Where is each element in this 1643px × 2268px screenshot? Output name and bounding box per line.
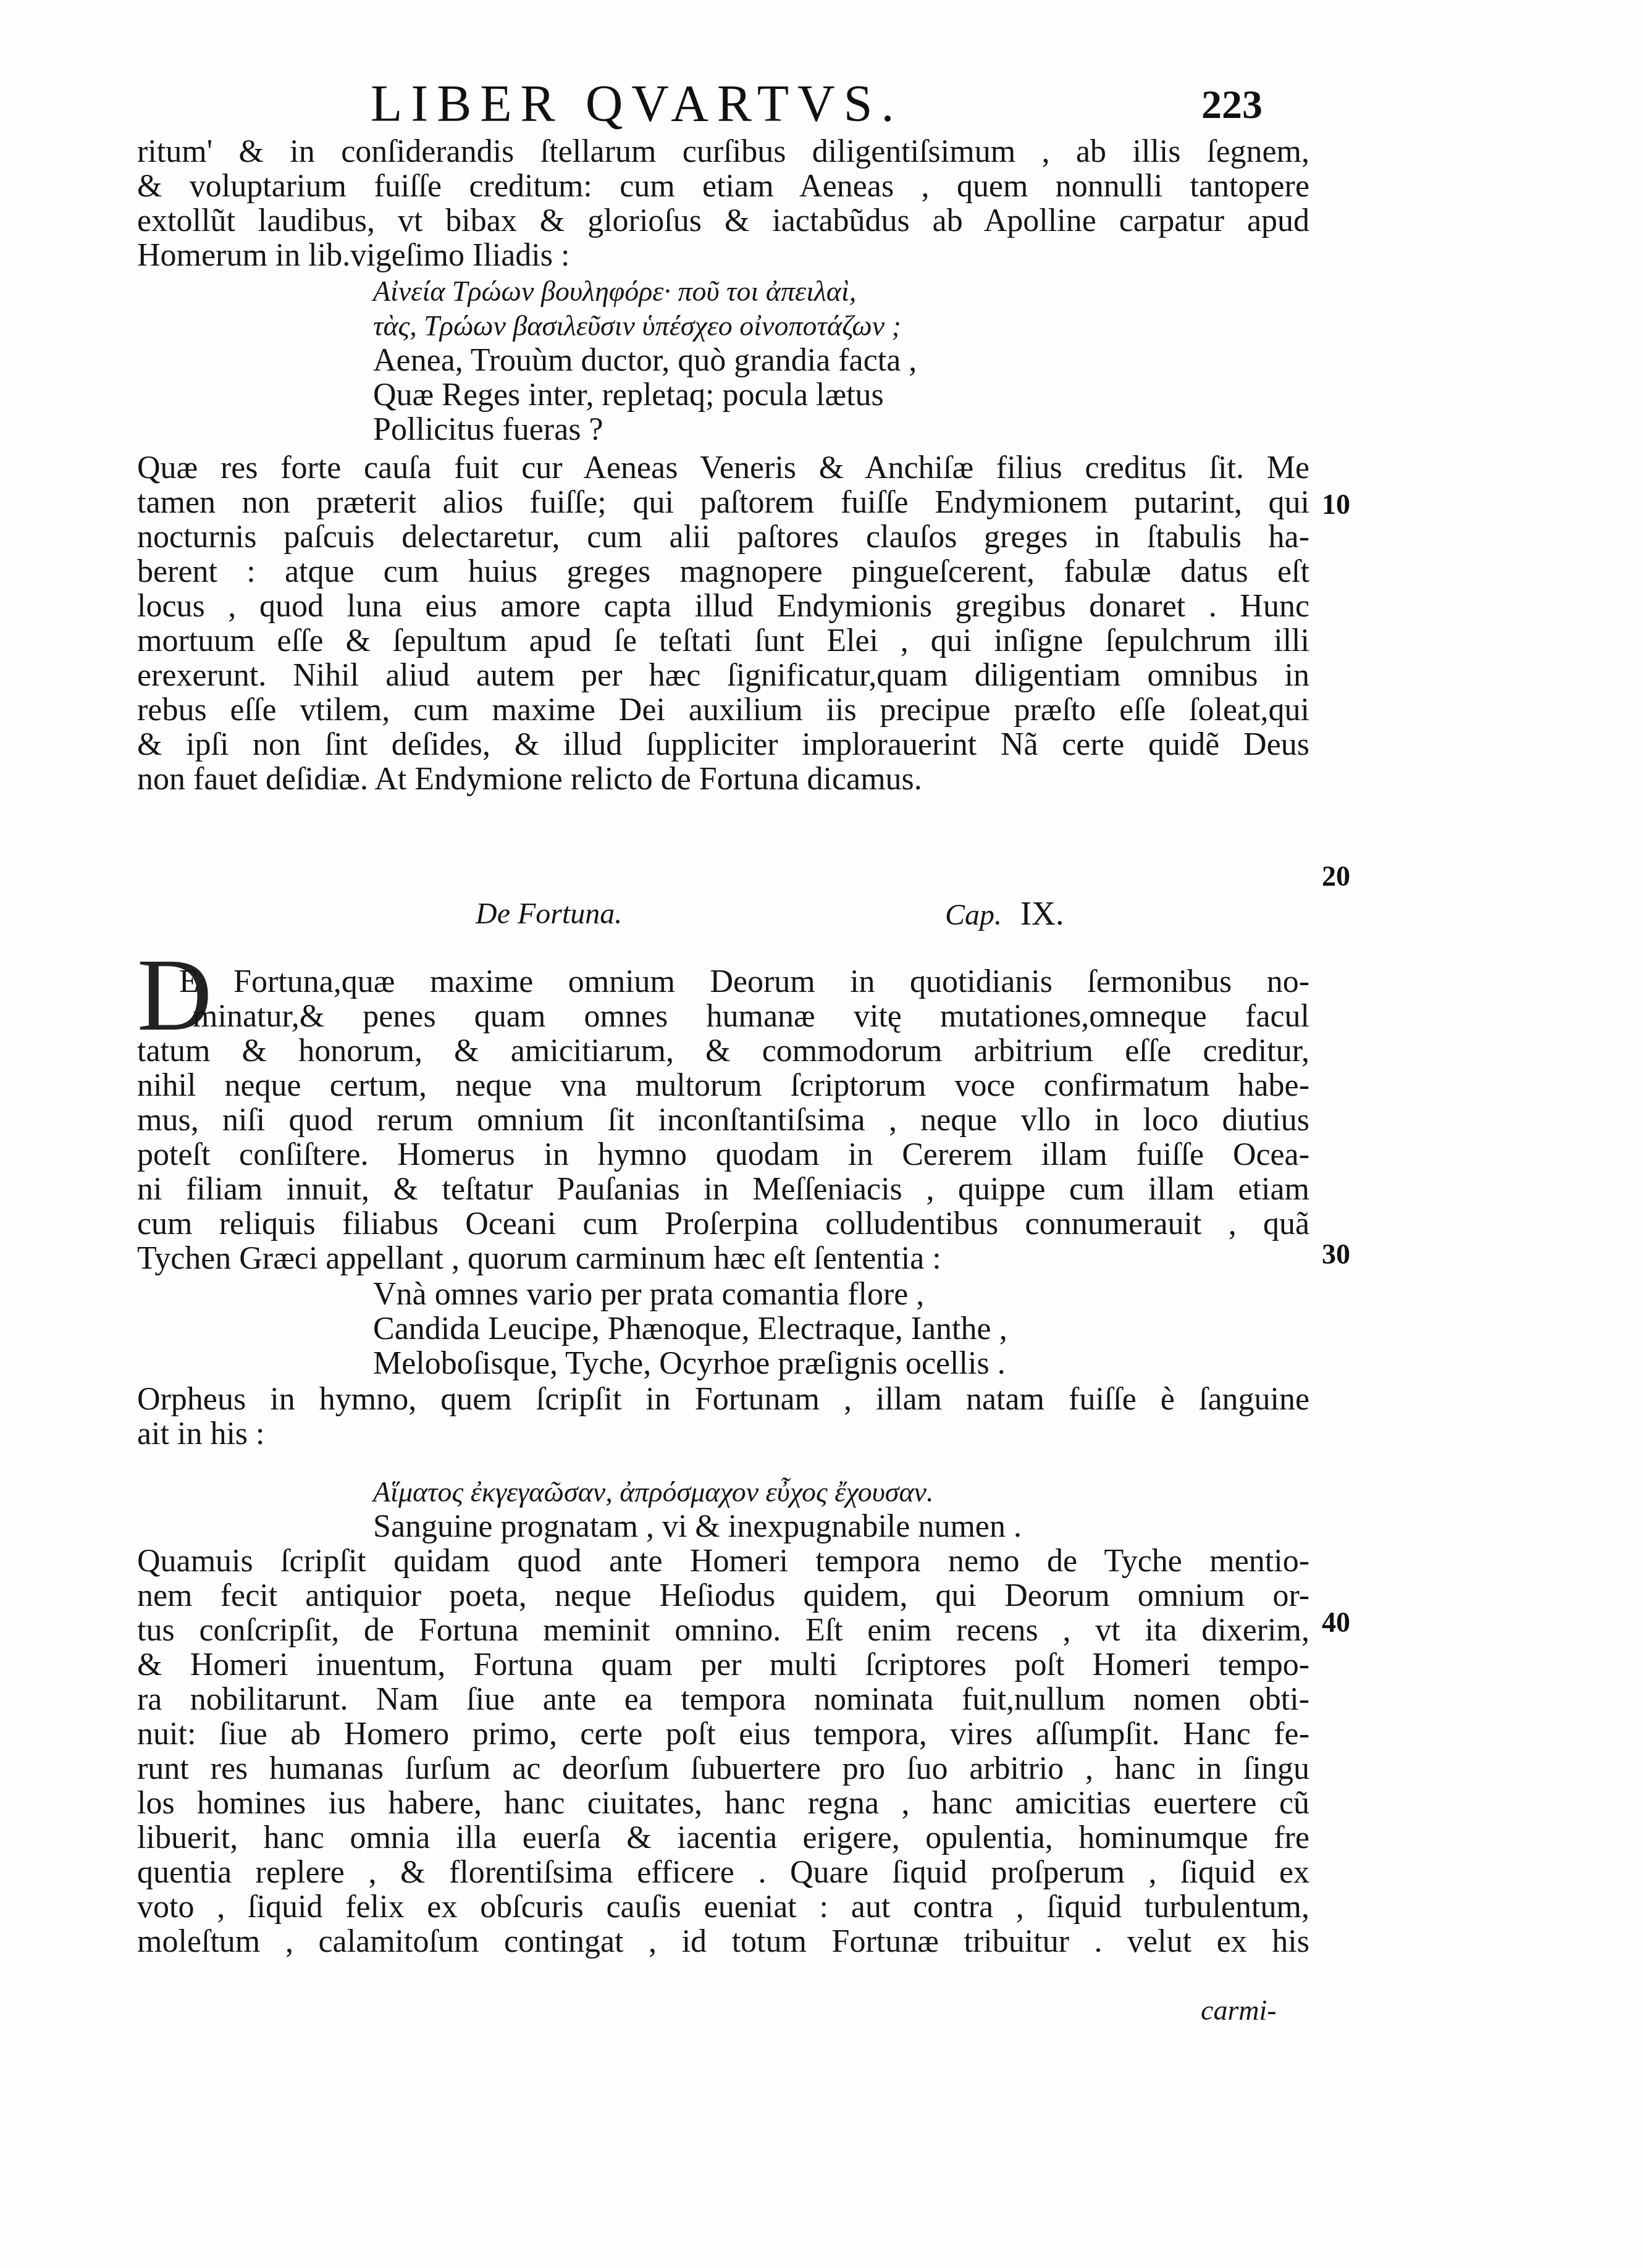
text-line: Tychen Græci appellant , quorum carminum… xyxy=(137,1241,1309,1276)
text-line: voto , ſiquid felix ex obſcuris cauſis e… xyxy=(137,1890,1309,1925)
margin-line-number: 30 xyxy=(1322,1238,1350,1270)
latin-verse: Meloboſisque, Tyche, Ocyrhoe præſignis o… xyxy=(373,1346,1006,1381)
text-line: rebus eſſe vtilem, cum maxime Dei auxili… xyxy=(137,693,1309,728)
text-line: libuerit, hanc omnia illa euerſa & iacen… xyxy=(137,1821,1309,1855)
chapter-roman-numeral: IX. xyxy=(1020,895,1064,932)
margin-line-number: 20 xyxy=(1322,860,1350,892)
text-line: minatur,& penes quam omnes humanæ vitę m… xyxy=(193,999,1309,1034)
text-line: quentia replere , & florentiſsima effice… xyxy=(137,1855,1309,1890)
text-line: E Fortuna,quæ maxime omnium Deorum in qu… xyxy=(179,965,1309,999)
text-line: nocturnis paſcuis delectaretur, cum alii… xyxy=(137,520,1309,555)
latin-verse: Quæ Reges inter, repletaq; pocula lætus xyxy=(373,378,884,413)
margin-line-number: 40 xyxy=(1322,1606,1350,1639)
text-line: cum reliquis filiabus Oceani cum Proſerp… xyxy=(137,1207,1309,1241)
text-line: tatum & honorum, & amicitiarum, & commod… xyxy=(137,1034,1309,1069)
latin-verse: Aenea, Trouùm ductor, quò grandia facta … xyxy=(373,343,917,378)
text-line: nuit: ſiue ab Homero primo, certe poſt e… xyxy=(137,1717,1309,1752)
text-line: nem fecit antiquior poeta, neque Heſiodu… xyxy=(137,1579,1309,1613)
text-line: ni filiam innuit, & teſtatur Pauſanias i… xyxy=(137,1172,1309,1207)
text-line: ritum' & in conſiderandis ſtellarum curſ… xyxy=(137,135,1309,169)
text-line: & Homeri inuentum, Fortuna quam per mult… xyxy=(137,1648,1309,1682)
text-line: & ipſi non ſint deſides, & illud ſupplic… xyxy=(137,728,1309,762)
text-line: moleſtum , calamitoſum contingat , id to… xyxy=(137,1925,1309,1959)
text-line: los homines ius habere, hanc ciuitates, … xyxy=(137,1786,1309,1821)
greek-verse: τὰς, Τρώων βασιλεῦσιν ὑπέσχεο οἰνοποτάζω… xyxy=(373,309,901,343)
latin-verse: Candida Leucipe, Phænoque, Electraque, I… xyxy=(373,1312,1007,1346)
text-line: tamen non præterit alios fuiſſe; qui paſ… xyxy=(137,485,1309,520)
text-line: erexerunt. Nihil aliud autem per hæc ſig… xyxy=(137,658,1309,693)
text-line: Homerum in lib.vigeſimo Iliadis : xyxy=(137,238,1309,273)
text-line: poteſt conſiſtere. Homerus in hymno quod… xyxy=(137,1138,1309,1172)
chapter-number: Cap.IX. xyxy=(945,894,1064,933)
text-line: mortuum eſſe & ſepultum apud ſe teſtati … xyxy=(137,624,1309,658)
page-number: 223 xyxy=(1201,82,1263,128)
text-line: berent : atque cum huius greges magnoper… xyxy=(137,555,1309,589)
catchword: carmi- xyxy=(1201,1994,1277,2026)
text-line: & voluptarium fuiſſe creditum: cum etiam… xyxy=(137,169,1309,204)
latin-verse: Sanguine prognatam , vi & inexpugnabile … xyxy=(373,1510,1022,1544)
text-line: Quamuis ſcripſit quidam quod ante Homeri… xyxy=(137,1544,1309,1579)
book-page: LIBER QVARTVS. 223 ritum' & in conſidera… xyxy=(0,0,1643,2268)
text-line: nihil neque certum, neque vna multorum ſ… xyxy=(137,1069,1309,1103)
chapter-cap-label: Cap. xyxy=(945,899,1002,931)
text-line: ait in his : xyxy=(137,1417,1309,1451)
text-line: extollũt laudibus, vt bibax & glorioſus … xyxy=(137,204,1309,238)
margin-line-number: 10 xyxy=(1322,488,1350,521)
greek-verse: Αἵματος ἐκγεγαῶσαν, ἀπρόσμαχον εὖχος ἔχο… xyxy=(373,1475,934,1510)
text-line: Quæ res forte cauſa fuit cur Aeneas Vene… xyxy=(137,451,1309,485)
latin-verse: Vnà omnes vario per prata comantia flore… xyxy=(373,1277,924,1312)
text-line: non fauet deſidiæ. At Endymione relicto … xyxy=(137,762,1309,797)
text-line: tus conſcripſit, de Fortuna meminit omni… xyxy=(137,1613,1309,1648)
text-line: runt res humanas ſurſum ac deorſum ſubue… xyxy=(137,1752,1309,1786)
chapter-title: De Fortuna. xyxy=(476,897,622,931)
latin-verse: Pollicitus fueras ? xyxy=(373,413,603,447)
text-line: ra nobilitarunt. Nam ſiue ante ea tempor… xyxy=(137,1682,1309,1717)
text-line: Orpheus in hymno, quem ſcripſit in Fortu… xyxy=(137,1382,1309,1417)
greek-verse: Αἰνεία Τρώων βουληφόρε· ποῦ τοι ἀπειλαὶ, xyxy=(373,274,856,309)
running-title: LIBER QVARTVS. xyxy=(371,74,902,134)
text-line: mus, niſi quod rerum omnium ſit inconſta… xyxy=(137,1103,1309,1138)
text-line: locus , quod luna eius amore capta illud… xyxy=(137,589,1309,624)
